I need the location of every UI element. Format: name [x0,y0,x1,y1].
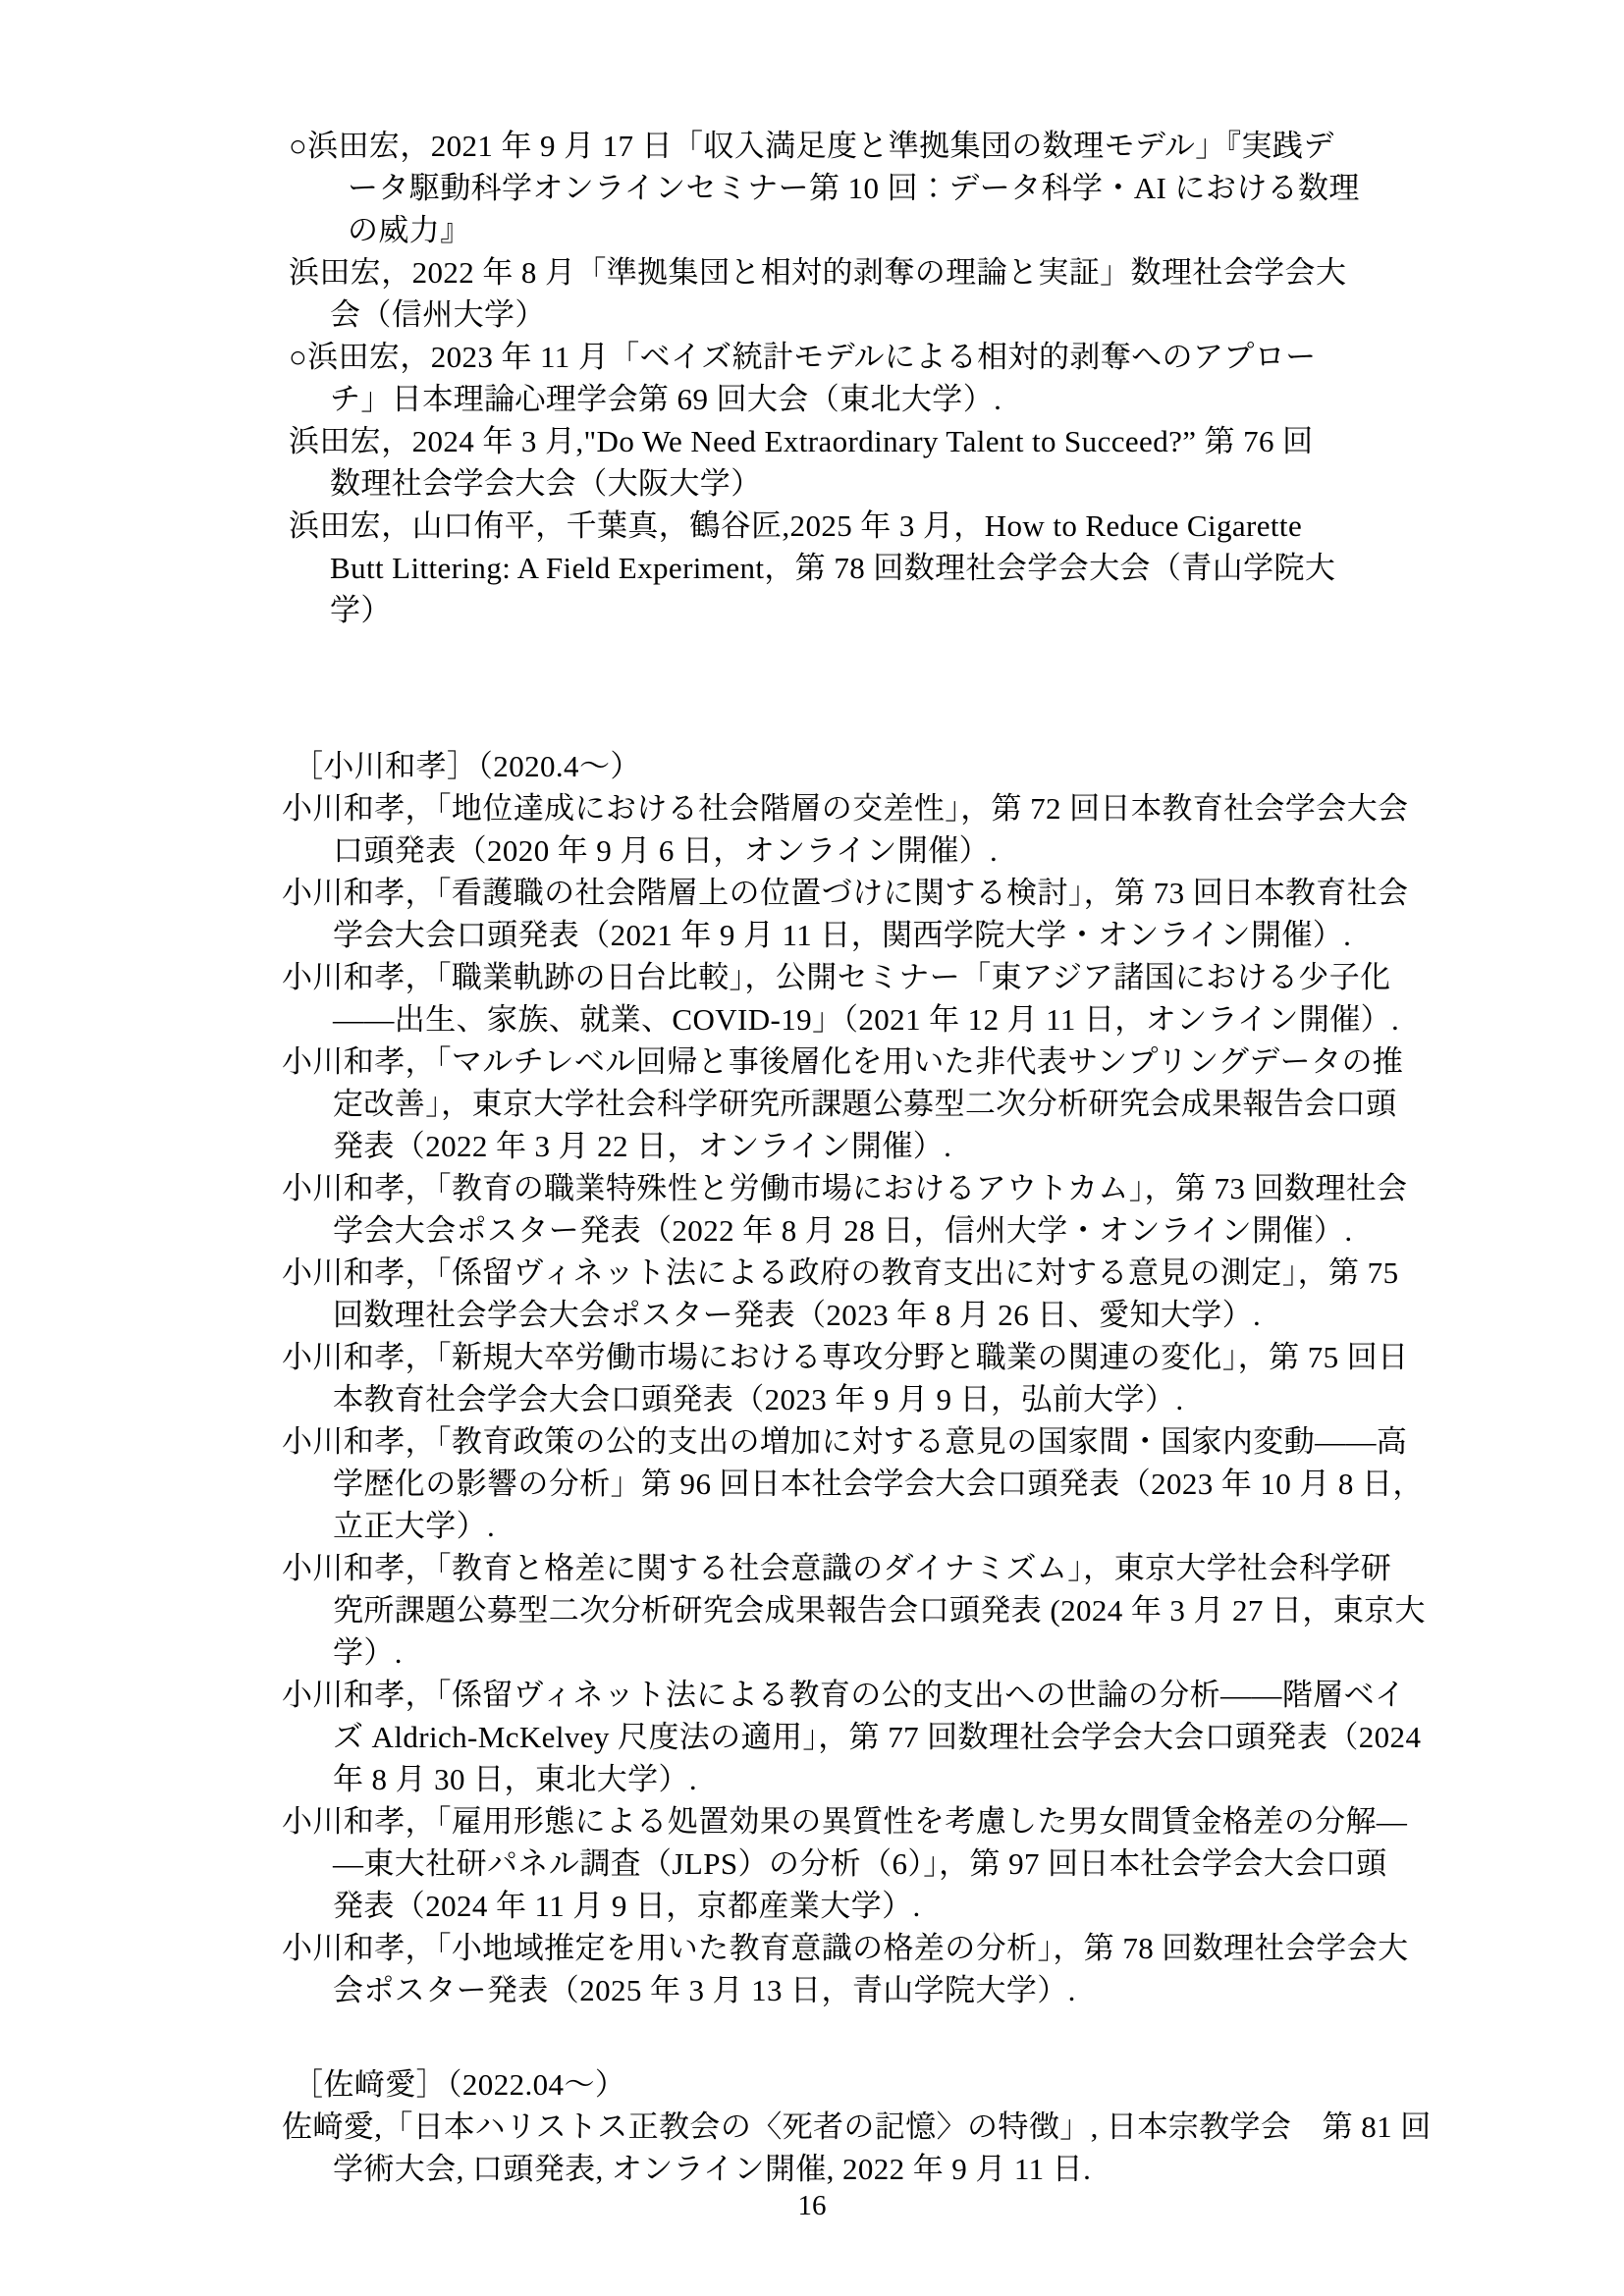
presentation-list-sazaki: ［佐﨑愛］（2022.04～） 佐﨑愛,「日本ハリストス正教会の〈死者の記憶〉の… [282,2063,1450,2190]
entry-line: 小川和孝，「地位達成における社会階層の交差性」，第 72 回日本教育社会学会大会 [282,787,1450,829]
wrapped-line: 学会大会ポスター発表（2022 年 8 月 28 日，信州大学・オンライン開催）… [282,1209,1450,1252]
wrapped-line: 発表（2022 年 3 月 22 日，オンライン開催）. [282,1125,1450,1167]
entry-line: 小川和孝，「小地域推定を用いた教育意識の格差の分析」，第 78 回数理社会学会大 [282,1927,1450,1969]
wrapped-line: 学）. [282,1631,1450,1674]
presentation-list-hamada: ○浜田宏，2021 年 9 月 17 日「収入満足度と準拠集団の数理モデル」『実… [289,125,1447,631]
wrapped-line: 口頭発表（2020 年 9 月 6 日，オンライン開催）. [282,829,1450,872]
entry-line: 小川和孝，「雇用形態による処置効果の異質性を考慮した男女間賃金格差の分解― [282,1800,1450,1842]
wrapped-line: 会（信州大学） [289,294,1447,336]
wrapped-line: 学歴化の影響の分析」第 96 回日本社会学会大会口頭発表（2023 年 10 月… [282,1463,1450,1505]
wrapped-line: ――出生、家族、就業、COVID-19」（2021 年 12 月 11 日，オン… [282,998,1450,1041]
wrapped-line: 回数理社会学会大会ポスター発表（2023 年 8 月 26 日、愛知大学）. [282,1294,1450,1336]
wrapped-line: 立正大学）. [282,1505,1450,1547]
entry-line: 小川和孝，「新規大卒労働市場における専攻分野と職業の関連の変化」，第 75 回日 [282,1336,1450,1378]
wrapped-line: 定改善」，東京大学社会科学研究所課題公募型二次分析研究会成果報告会口頭 [282,1083,1450,1125]
wrapped-line: 発表（2024 年 11 月 9 日，京都産業大学）. [282,1885,1450,1927]
document-page: { "document": { "page_number": "16", "se… [0,0,1624,2296]
wrapped-line: ズ Aldrich-McKelvey 尺度法の適用」，第 77 回数理社会学会大… [282,1716,1450,1758]
entry-line: 小川和孝，「係留ヴィネット法による政府の教育支出に対する意見の測定」，第 75 [282,1252,1450,1294]
section-header-ogawa: ［小川和孝］（2020.4～） [282,745,1450,787]
entry-line: 小川和孝，「係留ヴィネット法による教育の公的支出への世論の分析――階層ベイ [282,1674,1450,1716]
wrapped-line: 学会大会口頭発表（2021 年 9 月 11 日，関西学院大学・オンライン開催）… [282,914,1450,956]
wrapped-line: 会ポスター発表（2025 年 3 月 13 日，青山学院大学）. [282,1969,1450,2011]
entry-line: 小川和孝，「教育と格差に関する社会意識のダイナミズム」，東京大学社会科学研 [282,1547,1450,1589]
wrapped-line: 本教育社会学会大会口頭発表（2023 年 9 月 9 日，弘前大学）. [282,1378,1450,1420]
section-header-sazaki: ［佐﨑愛］（2022.04～） [282,2063,1450,2106]
wrapped-line: の威力』 [289,209,1447,251]
wrapped-line: チ」日本理論心理学会第 69 回大会（東北大学）. [289,378,1447,420]
entry-line: 浜田宏，2024 年 3 月,"Do We Need Extraordinary… [289,420,1447,462]
entry-line: 浜田宏，山口侑平，千葉真，鶴谷匠,2025 年 3 月，How to Reduc… [289,505,1447,547]
presentation-list-ogawa: ［小川和孝］（2020.4～） 小川和孝，「地位達成における社会階層の交差性」，… [282,745,1450,2011]
entry-line: 小川和孝，「職業軌跡の日台比較」，公開セミナー「東アジア諸国における少子化 [282,956,1450,998]
entry-line: ○浜田宏，2023 年 11 月「ベイズ統計モデルによる相対的剥奪へのアプロー [289,336,1447,378]
wrapped-line: 年 8 月 30 日，東北大学）. [282,1758,1450,1800]
entry-line: 浜田宏，2022 年 8 月「準拠集団と相対的剥奪の理論と実証」数理社会学会大 [289,251,1447,294]
entry-line: 佐﨑愛,「日本ハリストス正教会の〈死者の記憶〉の特徴」, 日本宗教学会 第 81… [282,2106,1450,2148]
wrapped-line: 学術大会, 口頭発表, オンライン開催, 2022 年 9 月 11 日. [282,2148,1450,2190]
entry-line: 小川和孝，「マルチレベル回帰と事後層化を用いた非代表サンプリングデータの推 [282,1041,1450,1083]
wrapped-line: 学） [289,589,1447,631]
page-number: 16 [0,2185,1624,2227]
wrapped-line: ータ駆動科学オンラインセミナー第 10 回：データ科学・AI における数理 [289,167,1447,209]
wrapped-line: 数理社会学会大会（大阪大学） [289,462,1447,505]
entry-line: ○浜田宏，2021 年 9 月 17 日「収入満足度と準拠集団の数理モデル」『実… [289,125,1447,167]
wrapped-line: 究所課題公募型二次分析研究会成果報告会口頭発表 (2024 年 3 月 27 日… [282,1589,1450,1631]
entry-line: 小川和孝，「教育政策の公的支出の増加に対する意見の国家間・国家内変動――高 [282,1420,1450,1463]
wrapped-line: Butt Littering: A Field Experiment，第 78 … [289,547,1447,589]
wrapped-line: ―東大社研パネル調査（JLPS）の分析（6）」，第 97 回日本社会学会大会口頭 [282,1842,1450,1885]
entry-line: 小川和孝，「教育の職業特殊性と労働市場におけるアウトカム」，第 73 回数理社会 [282,1167,1450,1209]
entry-line: 小川和孝，「看護職の社会階層上の位置づけに関する検討」，第 73 回日本教育社会 [282,872,1450,914]
